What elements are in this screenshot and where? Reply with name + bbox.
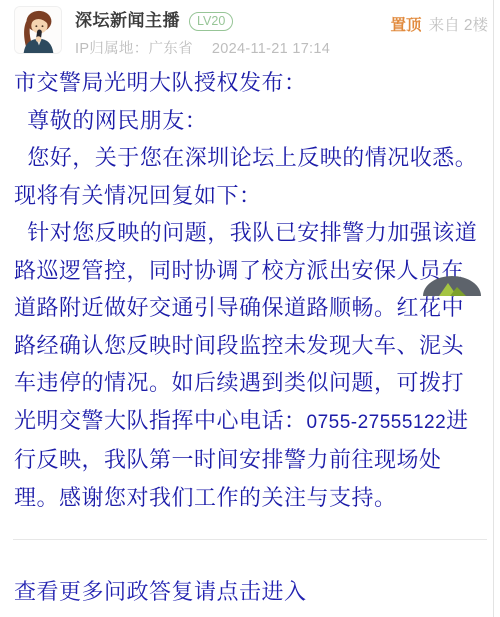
phone-number[interactable]: 0755-27555122 <box>307 412 447 433</box>
timestamp-label: 2024-11-21 17:14 <box>212 41 330 57</box>
ip-location-label: IP归属地：广东省 <box>75 41 193 57</box>
more-replies-link[interactable]: 查看更多问政答复请点击进入 <box>14 577 486 607</box>
post-meta-row: IP归属地：广东省2024-11-21 17:14 <box>75 37 330 58</box>
header-right-labels: 置顶来自 2楼 <box>391 13 488 35</box>
scrollbar[interactable] <box>493 0 494 617</box>
post-paragraph-intro: 您好，关于您在深圳论坛上反映的情况收悉。现将有关情况回复如下： <box>14 139 486 214</box>
username-row: 深坛新闻主播 LV20 <box>75 11 330 31</box>
post-paragraph-greeting: 尊敬的网民朋友： <box>14 102 486 140</box>
username[interactable]: 深坛新闻主播 <box>75 11 180 31</box>
user-avatar[interactable] <box>14 6 62 54</box>
divider <box>13 539 487 540</box>
post-paragraph-title: 市交警局光明大队授权发布： <box>14 64 486 102</box>
post-paragraph-reply: 针对您反映的问题，我队已安排警力加强该道路巡逻管控，同时协调了校方派出安保人员在… <box>14 214 486 516</box>
floor-label: 来自 2楼 <box>429 17 488 34</box>
level-badge: LV20 <box>189 12 233 31</box>
header-user-info: 深坛新闻主播 LV20 IP归属地：广东省2024-11-21 17:14 <box>75 6 330 58</box>
reply-text-before-phone: 针对您反映的问题，我队已安排警力加强该道路巡逻管控，同时协调了校方派出安保人员在… <box>14 220 477 433</box>
news-anchor-avatar-icon <box>15 7 61 53</box>
post-header: 深坛新闻主播 LV20 IP归属地：广东省2024-11-21 17:14 置顶… <box>0 0 500 54</box>
pinned-badge: 置顶 <box>391 17 422 34</box>
forum-post-page: 深坛新闻主播 LV20 IP归属地：广东省2024-11-21 17:14 置顶… <box>0 0 500 617</box>
